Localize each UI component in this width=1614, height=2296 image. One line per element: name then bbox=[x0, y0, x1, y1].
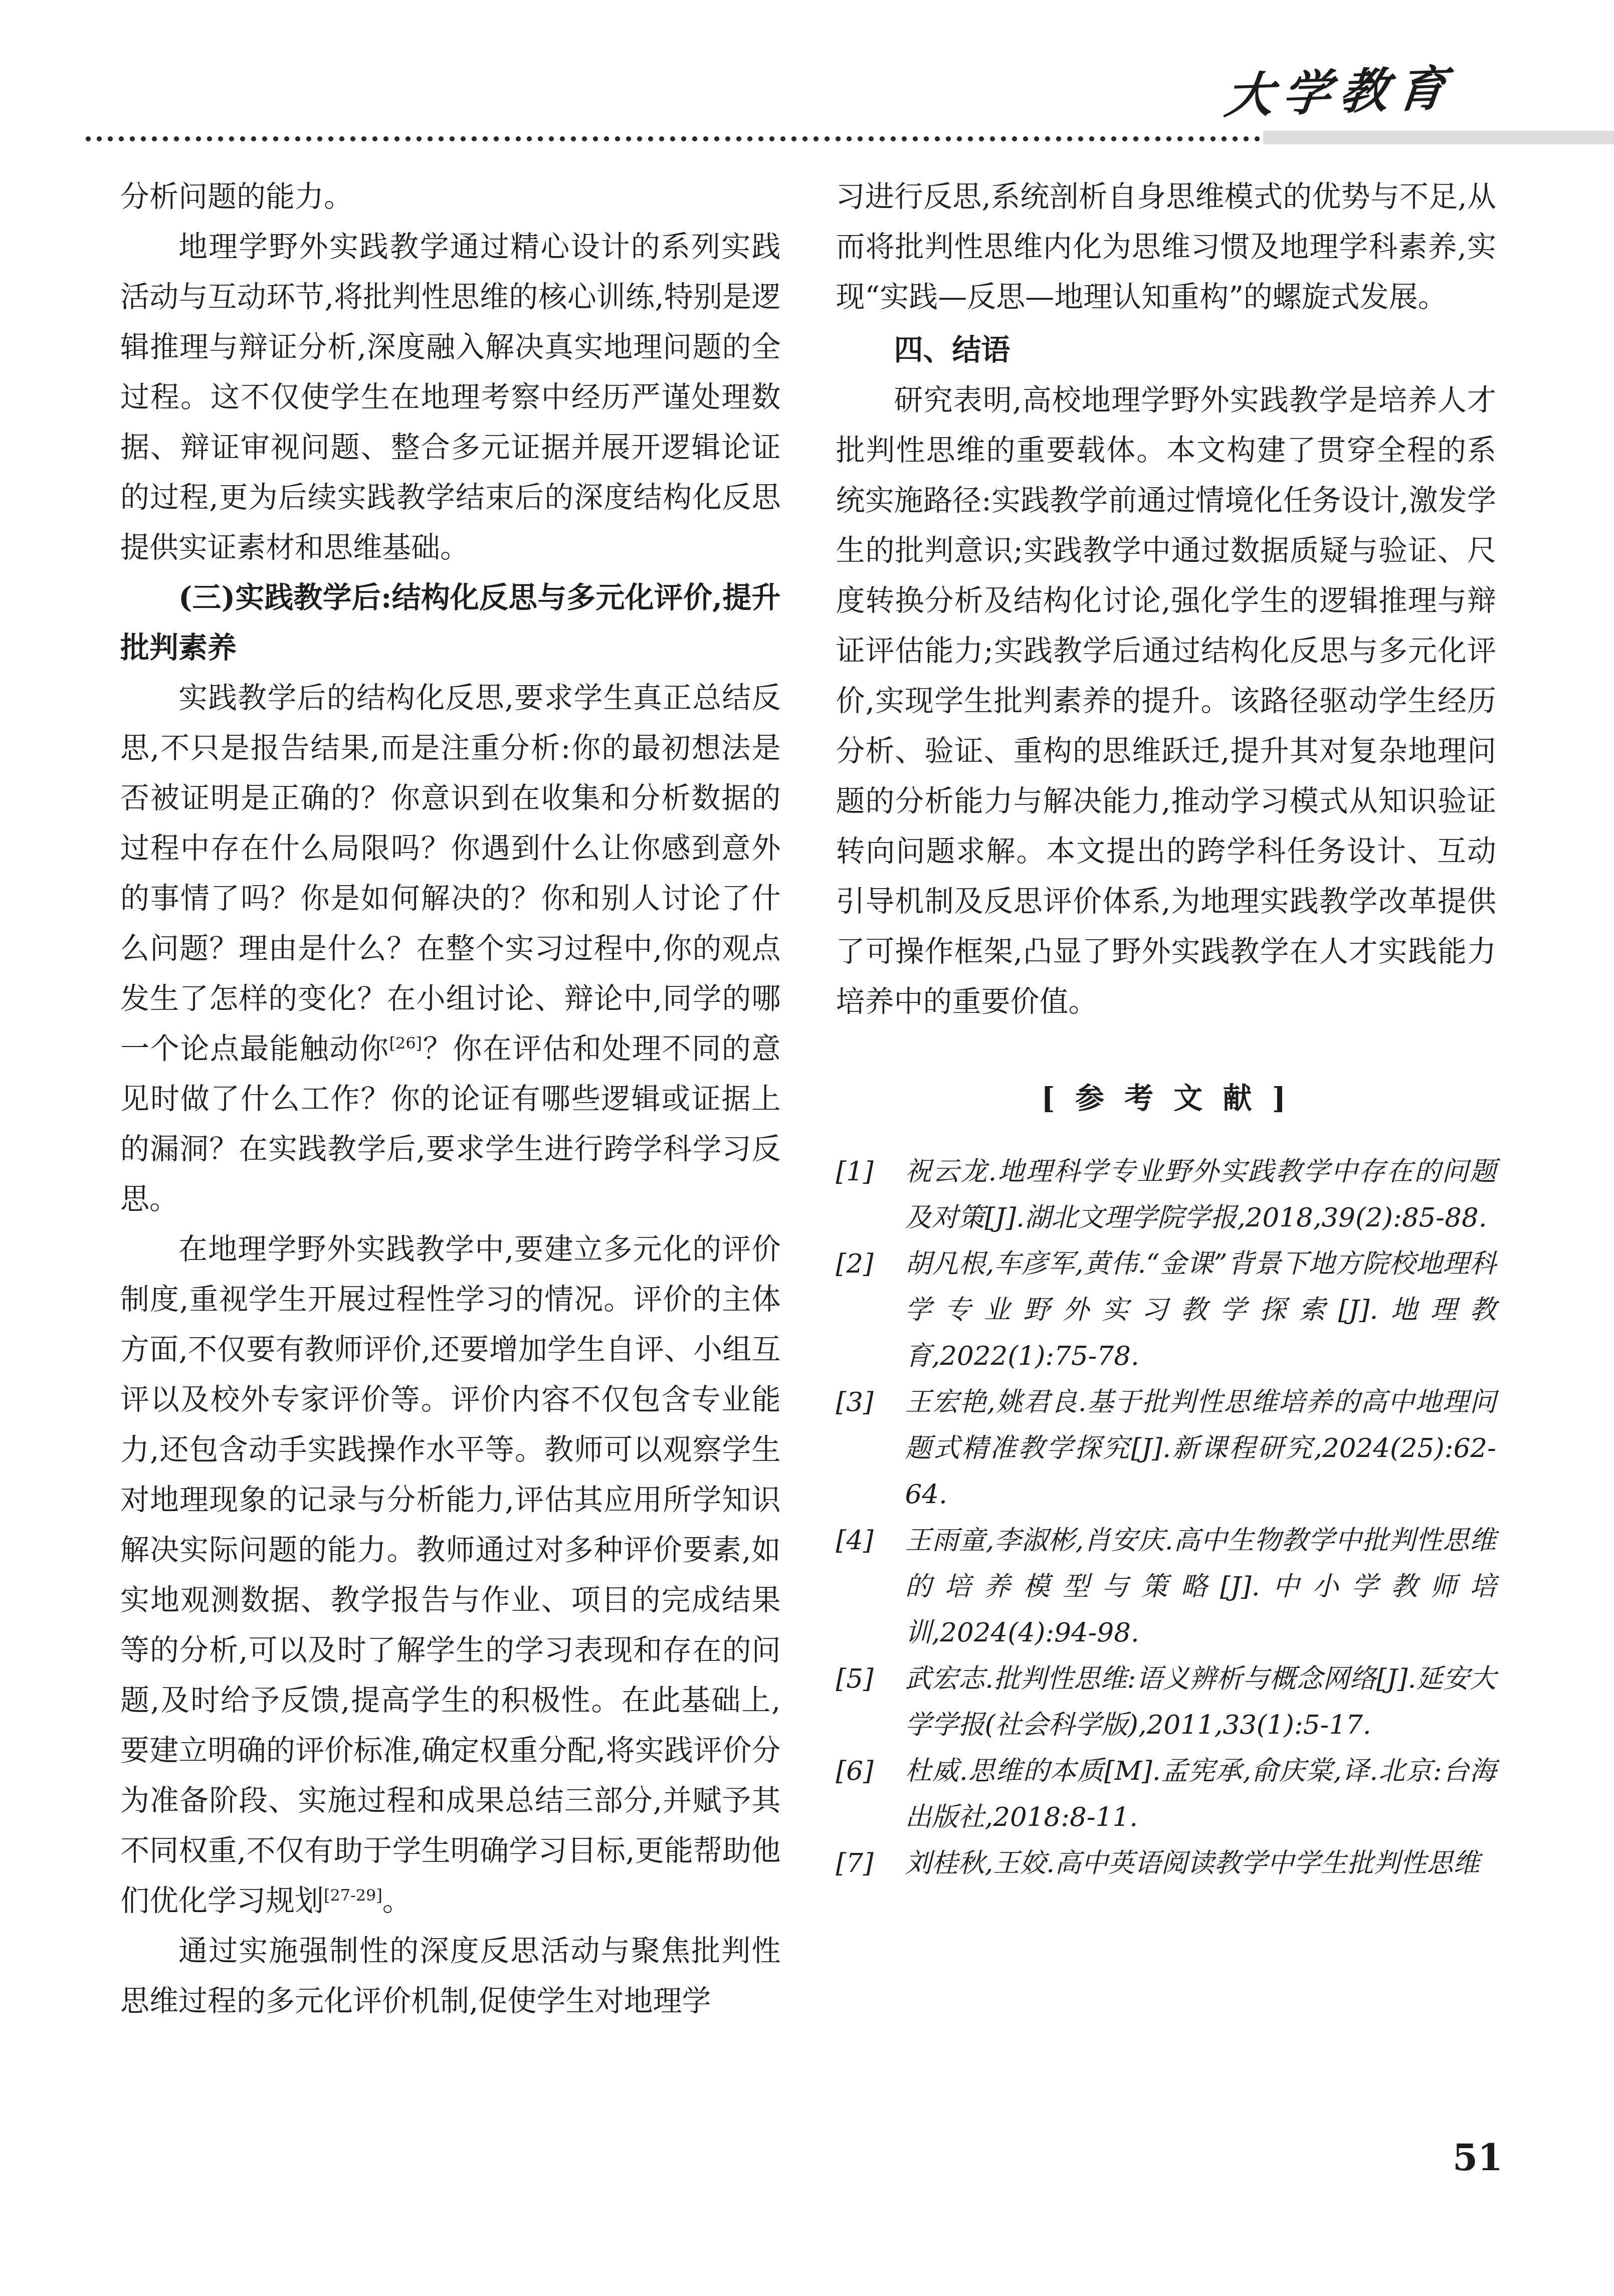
page-number: 51 bbox=[1453, 2136, 1503, 2179]
reference-marker: [6] bbox=[836, 1748, 874, 1794]
reference-text: 祝云龙.地理科学专业野外实践教学中存在的问题及对策[J].湖北文理学院学报,20… bbox=[905, 1156, 1497, 1233]
reference-text: 武宏志.批判性思维:语义辨析与概念网络[J].延安大学学报(社会科学版),201… bbox=[905, 1663, 1497, 1740]
superscript-citation: [26] bbox=[389, 1033, 422, 1053]
reference-marker: [3] bbox=[836, 1379, 874, 1425]
reference-marker: [7] bbox=[836, 1840, 874, 1887]
reference-marker: [1] bbox=[836, 1149, 874, 1195]
paragraph: 实践教学后的结构化反思,要求学生真正总结反思,不只是报告结果,而是注重分析:你的… bbox=[120, 673, 781, 1224]
page: 大学教育 分析问题的能力。 地理学野外实践教学通过精心设计的系列实践活动与互动环… bbox=[0, 0, 1614, 2296]
reference-marker: [4] bbox=[836, 1518, 874, 1564]
reference-item: [1]祝云龙.地理科学专业野外实践教学中存在的问题及对策[J].湖北文理学院学报… bbox=[836, 1149, 1497, 1241]
reference-marker: [2] bbox=[836, 1241, 874, 1287]
conclusion-heading: 四、结语 bbox=[836, 325, 1497, 375]
reference-item: [2]胡凡根,车彦军,黄伟.“金课”背景下地方院校地理科学专业野外实习教学探索[… bbox=[836, 1241, 1497, 1379]
left-column: 分析问题的能力。 地理学野外实践教学通过精心设计的系列实践活动与互动环节,将批判… bbox=[120, 171, 781, 2026]
reference-item: [3]王宏艳,姚君良.基于批判性思维培养的高中地理问题式精准教学探究[J].新课… bbox=[836, 1379, 1497, 1518]
reference-item: [4]王雨童,李淑彬,肖安庆.高中生物教学中批判性思维的培养模型与策略[J].中… bbox=[836, 1518, 1497, 1656]
paragraph-text: 。 bbox=[382, 1884, 412, 1918]
right-column: 习进行反思,系统剖析自身思维模式的优势与不足,从而将批判性思维内化为思维习惯及地… bbox=[836, 171, 1497, 2026]
paragraph: 通过实施强制性的深度反思活动与聚焦批判性思维过程的多元化评价机制,促使学生对地理… bbox=[120, 1926, 781, 2026]
paragraph: 地理学野外实践教学通过精心设计的系列实践活动与互动环节,将批判性思维的核心训练,… bbox=[120, 222, 781, 572]
reference-text: 王宏艳,姚君良.基于批判性思维培养的高中地理问题式精准教学探究[J].新课程研究… bbox=[905, 1387, 1497, 1510]
reference-item: [5]武宏志.批判性思维:语义辨析与概念网络[J].延安大学学报(社会科学版),… bbox=[836, 1656, 1497, 1748]
references-list: [1]祝云龙.地理科学专业野外实践教学中存在的问题及对策[J].湖北文理学院学报… bbox=[836, 1149, 1497, 1887]
paragraph-text: 实践教学后的结构化反思,要求学生真正总结反思,不只是报告结果,而是注重分析:你的… bbox=[120, 681, 781, 1066]
reference-item: [7]刘桂秋,王姣.高中英语阅读教学中学生批判性思维 bbox=[836, 1840, 1497, 1887]
reference-text: 王雨童,李淑彬,肖安庆.高中生物教学中批判性思维的培养模型与策略[J].中小学教… bbox=[905, 1525, 1497, 1648]
reference-text: 杜威.思维的本质[M].孟宪承,俞庆棠,译.北京:台海出版社,2018:8-11… bbox=[905, 1756, 1497, 1832]
article-body: 分析问题的能力。 地理学野外实践教学通过精心设计的系列实践活动与互动环节,将批判… bbox=[120, 171, 1496, 2026]
paragraph: 研究表明,高校地理学野外实践教学是培养人才批判性思维的重要载体。本文构建了贯穿全… bbox=[836, 375, 1497, 1026]
paragraph: 分析问题的能力。 bbox=[120, 171, 781, 222]
reference-text: 刘桂秋,王姣.高中英语阅读教学中学生批判性思维 bbox=[905, 1848, 1480, 1878]
paragraph: 习进行反思,系统剖析自身思维模式的优势与不足,从而将批判性思维内化为思维习惯及地… bbox=[836, 171, 1497, 322]
section-heading: (三)实践教学后:结构化反思与多元化评价,提升批判素养 bbox=[120, 572, 781, 673]
header-dotted-rule bbox=[85, 135, 1263, 142]
references-title: [ 参 考 文 献 ] bbox=[836, 1075, 1497, 1117]
paragraph-text: 在地理学野外实践教学中,要建立多元化的评价制度,重视学生开展过程性学习的情况。评… bbox=[120, 1232, 781, 1918]
paragraph: 在地理学野外实践教学中,要建立多元化的评价制度,重视学生开展过程性学习的情况。评… bbox=[120, 1224, 781, 1926]
header-gray-bar bbox=[1263, 131, 1614, 144]
journal-logo: 大学教育 bbox=[1222, 50, 1459, 127]
superscript-citation: [27-29] bbox=[324, 1886, 382, 1905]
reference-marker: [5] bbox=[836, 1656, 874, 1702]
reference-item: [6]杜威.思维的本质[M].孟宪承,俞庆棠,译.北京:台海出版社,2018:8… bbox=[836, 1748, 1497, 1840]
reference-text: 胡凡根,车彦军,黄伟.“金课”背景下地方院校地理科学专业野外实习教学探索[J].… bbox=[905, 1248, 1497, 1371]
